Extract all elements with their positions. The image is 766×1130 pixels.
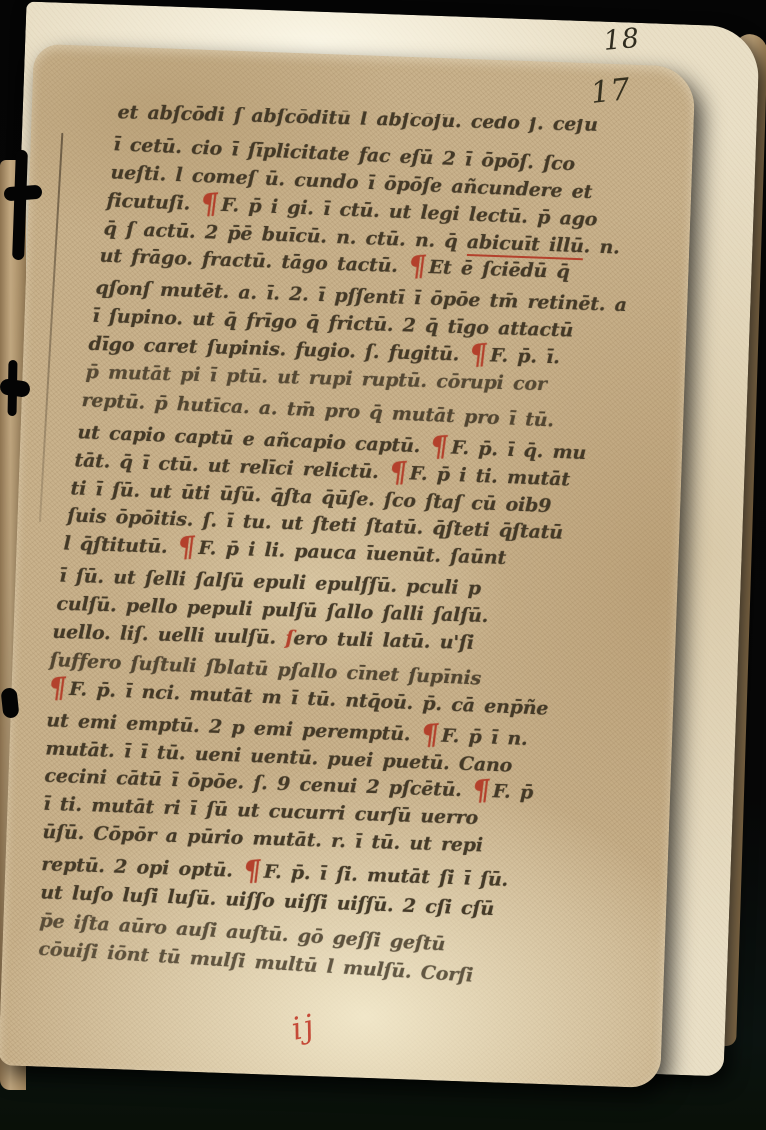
ink-text-segment: et abſcōdi ſ abſcōditū l abſcōſū. cedo ſ…: [117, 101, 598, 136]
red-underlined-text: abicuīt illū: [466, 231, 584, 260]
rubric-pilcrow-mark: ¶: [408, 266, 426, 267]
manuscript-text-block: et abſcōdi ſ abſcōditū l abſcōſū. cedo ſ…: [31, 101, 650, 1021]
ink-text-segment: Et ē ſciēdū q̄: [428, 257, 570, 284]
rubric-pilcrow-mark: ¶: [470, 354, 488, 355]
ink-text-segment: ficutuſi.: [106, 189, 200, 215]
rubric-pilcrow-mark: ¶: [421, 734, 439, 735]
sewing-station-notch: [0, 687, 19, 719]
sewing-station-notch: [8, 360, 18, 416]
quire-signature-mark: ij: [288, 1008, 319, 1048]
sewing-station-notch: [4, 185, 43, 202]
ink-text-segment: ero tuli latū. u'ſi: [293, 627, 474, 654]
rubric-pilcrow-mark: ¶: [472, 791, 490, 792]
ink-text-segment: F. p̄ ī n.: [441, 724, 528, 749]
codex-photograph: 18 17 et abſcōdi ſ abſcōditū l abſcōſū. …: [0, 0, 766, 1130]
rubric-pilcrow-mark: ¶: [389, 472, 407, 473]
rubric-pilcrow-mark: ¶: [178, 547, 196, 548]
manuscript-page-folio-17: 17 et abſcōdi ſ abſcōditū l abſcōſū. ced…: [0, 44, 696, 1088]
rubric-pilcrow-mark: ¶: [243, 871, 261, 872]
rubric-pilcrow-mark: ¶: [49, 688, 67, 689]
ink-text-segment: reptū. 2 opi optū.: [41, 853, 242, 882]
ink-text-segment: F. p̄. ī.: [490, 344, 560, 368]
folio-number-18: 18: [602, 23, 641, 57]
folio-number-17: 17: [589, 72, 633, 111]
ink-text-segment: F. p̄. ī q̄. mu: [451, 436, 587, 464]
rubric-pilcrow-mark: ¶: [431, 446, 449, 447]
ink-text-segment: F. p̄: [492, 781, 533, 804]
ink-text-segment: l q̄ſtitutū.: [63, 533, 177, 559]
rubric-pilcrow-mark: ¶: [201, 204, 219, 205]
ink-text-segment: F. p̄. ī ſi. mutāt ſi ī ſū.: [263, 861, 508, 891]
ink-text-segment: . n.: [583, 235, 620, 258]
